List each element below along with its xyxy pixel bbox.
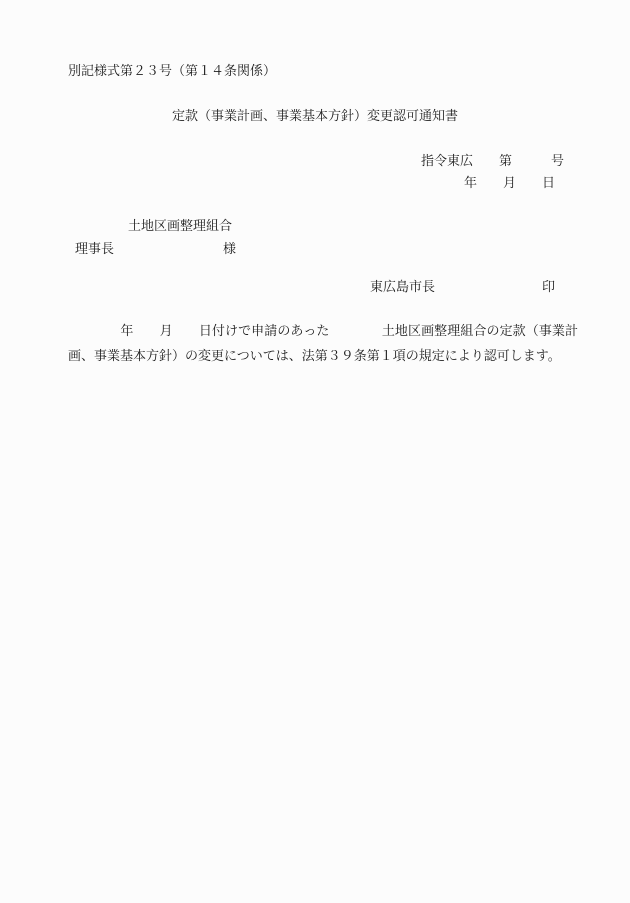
date-line: 年 月 日 bbox=[464, 173, 555, 192]
addressee-association-line: 土地区画整理組合 bbox=[128, 216, 232, 235]
body-paragraph: 年 月 日付けで申請のあった 土地区画整理組合の定款（事業計画、事業基本方針）の… bbox=[68, 318, 578, 368]
honorific-label: 様 bbox=[223, 239, 236, 258]
directive-number-line: 指令東広 第 号 bbox=[421, 151, 564, 170]
document-title: 定款（事業計画、事業基本方針）変更認可通知書 bbox=[0, 106, 630, 125]
chairman-label: 理事長 bbox=[75, 239, 114, 258]
form-reference: 別記様式第２３号（第１４条関係） bbox=[68, 61, 276, 80]
seal-label: 印 bbox=[542, 277, 555, 296]
document-page: 別記様式第２３号（第１４条関係） 定款（事業計画、事業基本方針）変更認可通知書 … bbox=[0, 0, 630, 903]
mayor-label: 東広島市長 bbox=[370, 277, 435, 296]
issuer-line: 東広島市長 印 bbox=[0, 277, 630, 296]
addressee-line: 理事長 様 bbox=[0, 239, 630, 258]
